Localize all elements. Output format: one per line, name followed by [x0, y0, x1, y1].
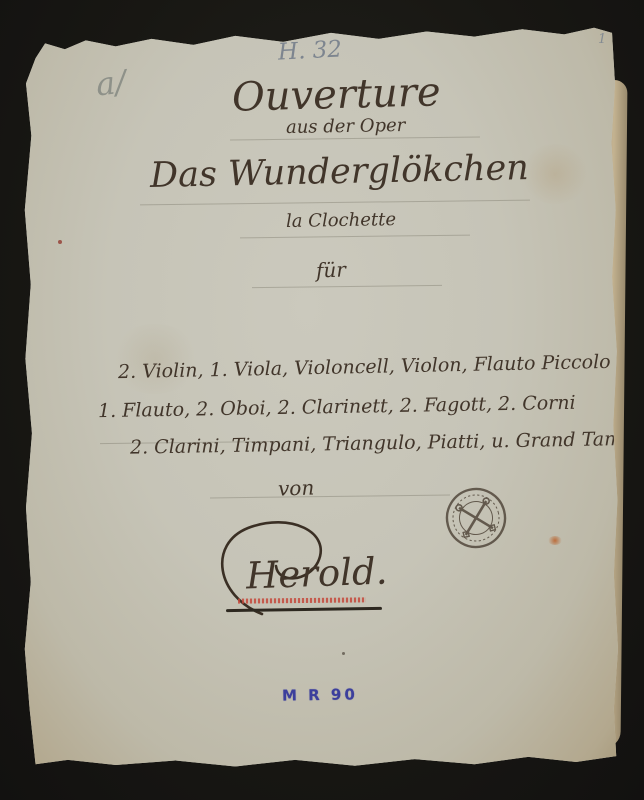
preposition-von: von: [278, 475, 315, 500]
pencil-guide-line: [252, 285, 442, 288]
photograph-background: 1 a/ H. 32 Ouverture aus der Oper Das Wu…: [0, 0, 644, 800]
pencil-guide-line: [140, 200, 530, 206]
ink-speck: [342, 652, 345, 655]
instrumentation-line-3: 2. Clarini, Timpani, Triangulo, Piatti, …: [130, 427, 644, 458]
instrumentation-line-2: 1. Flauto, 2. Oboi, 2. Clarinett, 2. Fag…: [98, 392, 576, 422]
composer-signature: Herold.: [245, 550, 388, 598]
preposition-fuer: für: [316, 257, 347, 282]
pencil-guide-line: [210, 495, 450, 499]
work-title-french: la Clochette: [286, 209, 396, 232]
subtitle-aus-der-oper: aus der Oper: [286, 115, 406, 138]
pencil-guide-line: [240, 235, 470, 239]
accession-stamp: M R 90: [282, 685, 358, 704]
pencil-annotation-a: a/: [94, 63, 128, 104]
folio-number: 1: [598, 32, 606, 47]
title-ouverture: Ouverture: [231, 69, 441, 120]
library-stamp-icon: [437, 479, 515, 557]
instrumentation-line-1: 2. Violin, 1. Viola, Violoncell, Violon,…: [118, 351, 611, 383]
pencil-guide-line: [230, 136, 480, 140]
pencil-shelfmark: H. 32: [277, 36, 342, 65]
work-title-german: Das Wunderglökchen: [150, 148, 530, 196]
manuscript-title-page: 1 a/ H. 32 Ouverture aus der Oper Das Wu…: [20, 24, 618, 768]
paper-stain: [520, 144, 590, 204]
ink-speck: [58, 240, 62, 244]
rust-mark: [548, 536, 562, 545]
